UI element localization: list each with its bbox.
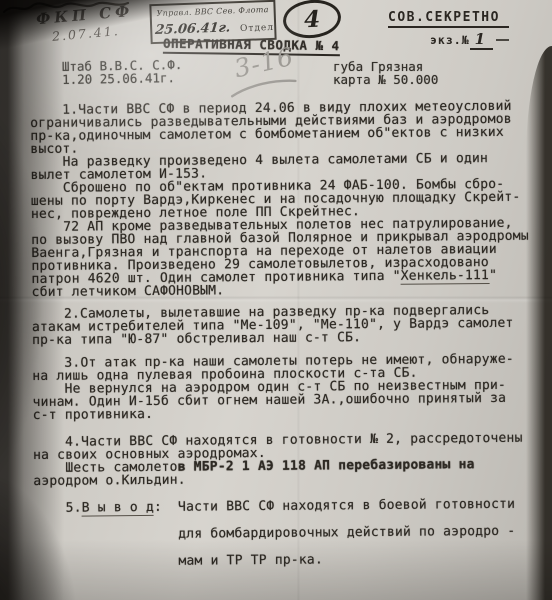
conclusion-term: В ы в о д: [82, 500, 154, 517]
enemy-plane-type: Хенкель-111: [401, 268, 489, 285]
section-2-text: 2.Самолеты, вылетавшие на разведку пр-ка…: [32, 303, 548, 347]
report-section-3: 3.От атак пр-ка наши самолеты потерь не …: [32, 352, 549, 422]
stamp-date-line: 25.06.41г. Отдел: [155, 15, 272, 38]
conclusion-line-3: мам и ТР ТР пр-ка.: [34, 551, 550, 569]
dash-mark: [496, 39, 509, 41]
conclusion-rest: : Части ВВС СФ находятся в боевой готовн…: [154, 497, 515, 515]
copy-number-handwritten: 1: [470, 30, 493, 50]
scanned-document-photo: ФКП СФ 2.07.41. Управл. ВВС Сев. Флота 2…: [0, 0, 552, 600]
issuing-hq-block: Штаб В.В.С. С.Ф. 1.20 25.06.41г.: [62, 58, 183, 86]
copy-label: экз.№: [430, 33, 470, 47]
secrecy-classification: СОВ.СЕКРЕТНО: [388, 10, 509, 28]
report-section-1: 1.Части ВВС СФ в период 24.06 в виду пло…: [30, 99, 548, 298]
section-3-text: 3.От атак пр-ка наши самолеты потерь не …: [32, 352, 549, 422]
copy-number-line: экз.№1: [430, 30, 509, 48]
report-section-2: 2.Самолеты, вылетавшие на разведку пр-ка…: [32, 303, 548, 347]
page-number-circle: 4: [281, 0, 343, 41]
conclusion-first-line: 5.В ы в о д: Части ВВС СФ находятся в бо…: [33, 497, 549, 515]
stamp-dept-label: Отдел: [240, 23, 274, 34]
location-map-block: губа Грязная карта № 50.000: [333, 60, 438, 86]
rebase-line-bold: в МБР-2 1 АЭ 118 АП перебазированы на: [178, 457, 475, 475]
conclusion-line-2: для бомбардировочных действий по аэродро…: [34, 524, 550, 542]
handwritten-archive-date: 2.07.41.: [51, 23, 120, 44]
report-section-5: 5.В ы в о д: Части ВВС СФ находятся в бо…: [33, 497, 550, 569]
secrecy-block: СОВ.СЕКРЕТНО экз.№1: [388, 10, 509, 48]
report-body: 1.Части ВВС СФ в период 24.06 в виду пло…: [30, 99, 550, 582]
report-section-4: 4.Части ВВС СФ находятся в готовности № …: [33, 431, 549, 488]
conclusion-number: 5.: [33, 501, 81, 516]
section-1-text: 1.Части ВВС СФ в период 24.06 в виду пло…: [30, 99, 547, 272]
page-number: 4: [304, 5, 321, 33]
heinkel-line-suffix: ": [489, 268, 497, 283]
